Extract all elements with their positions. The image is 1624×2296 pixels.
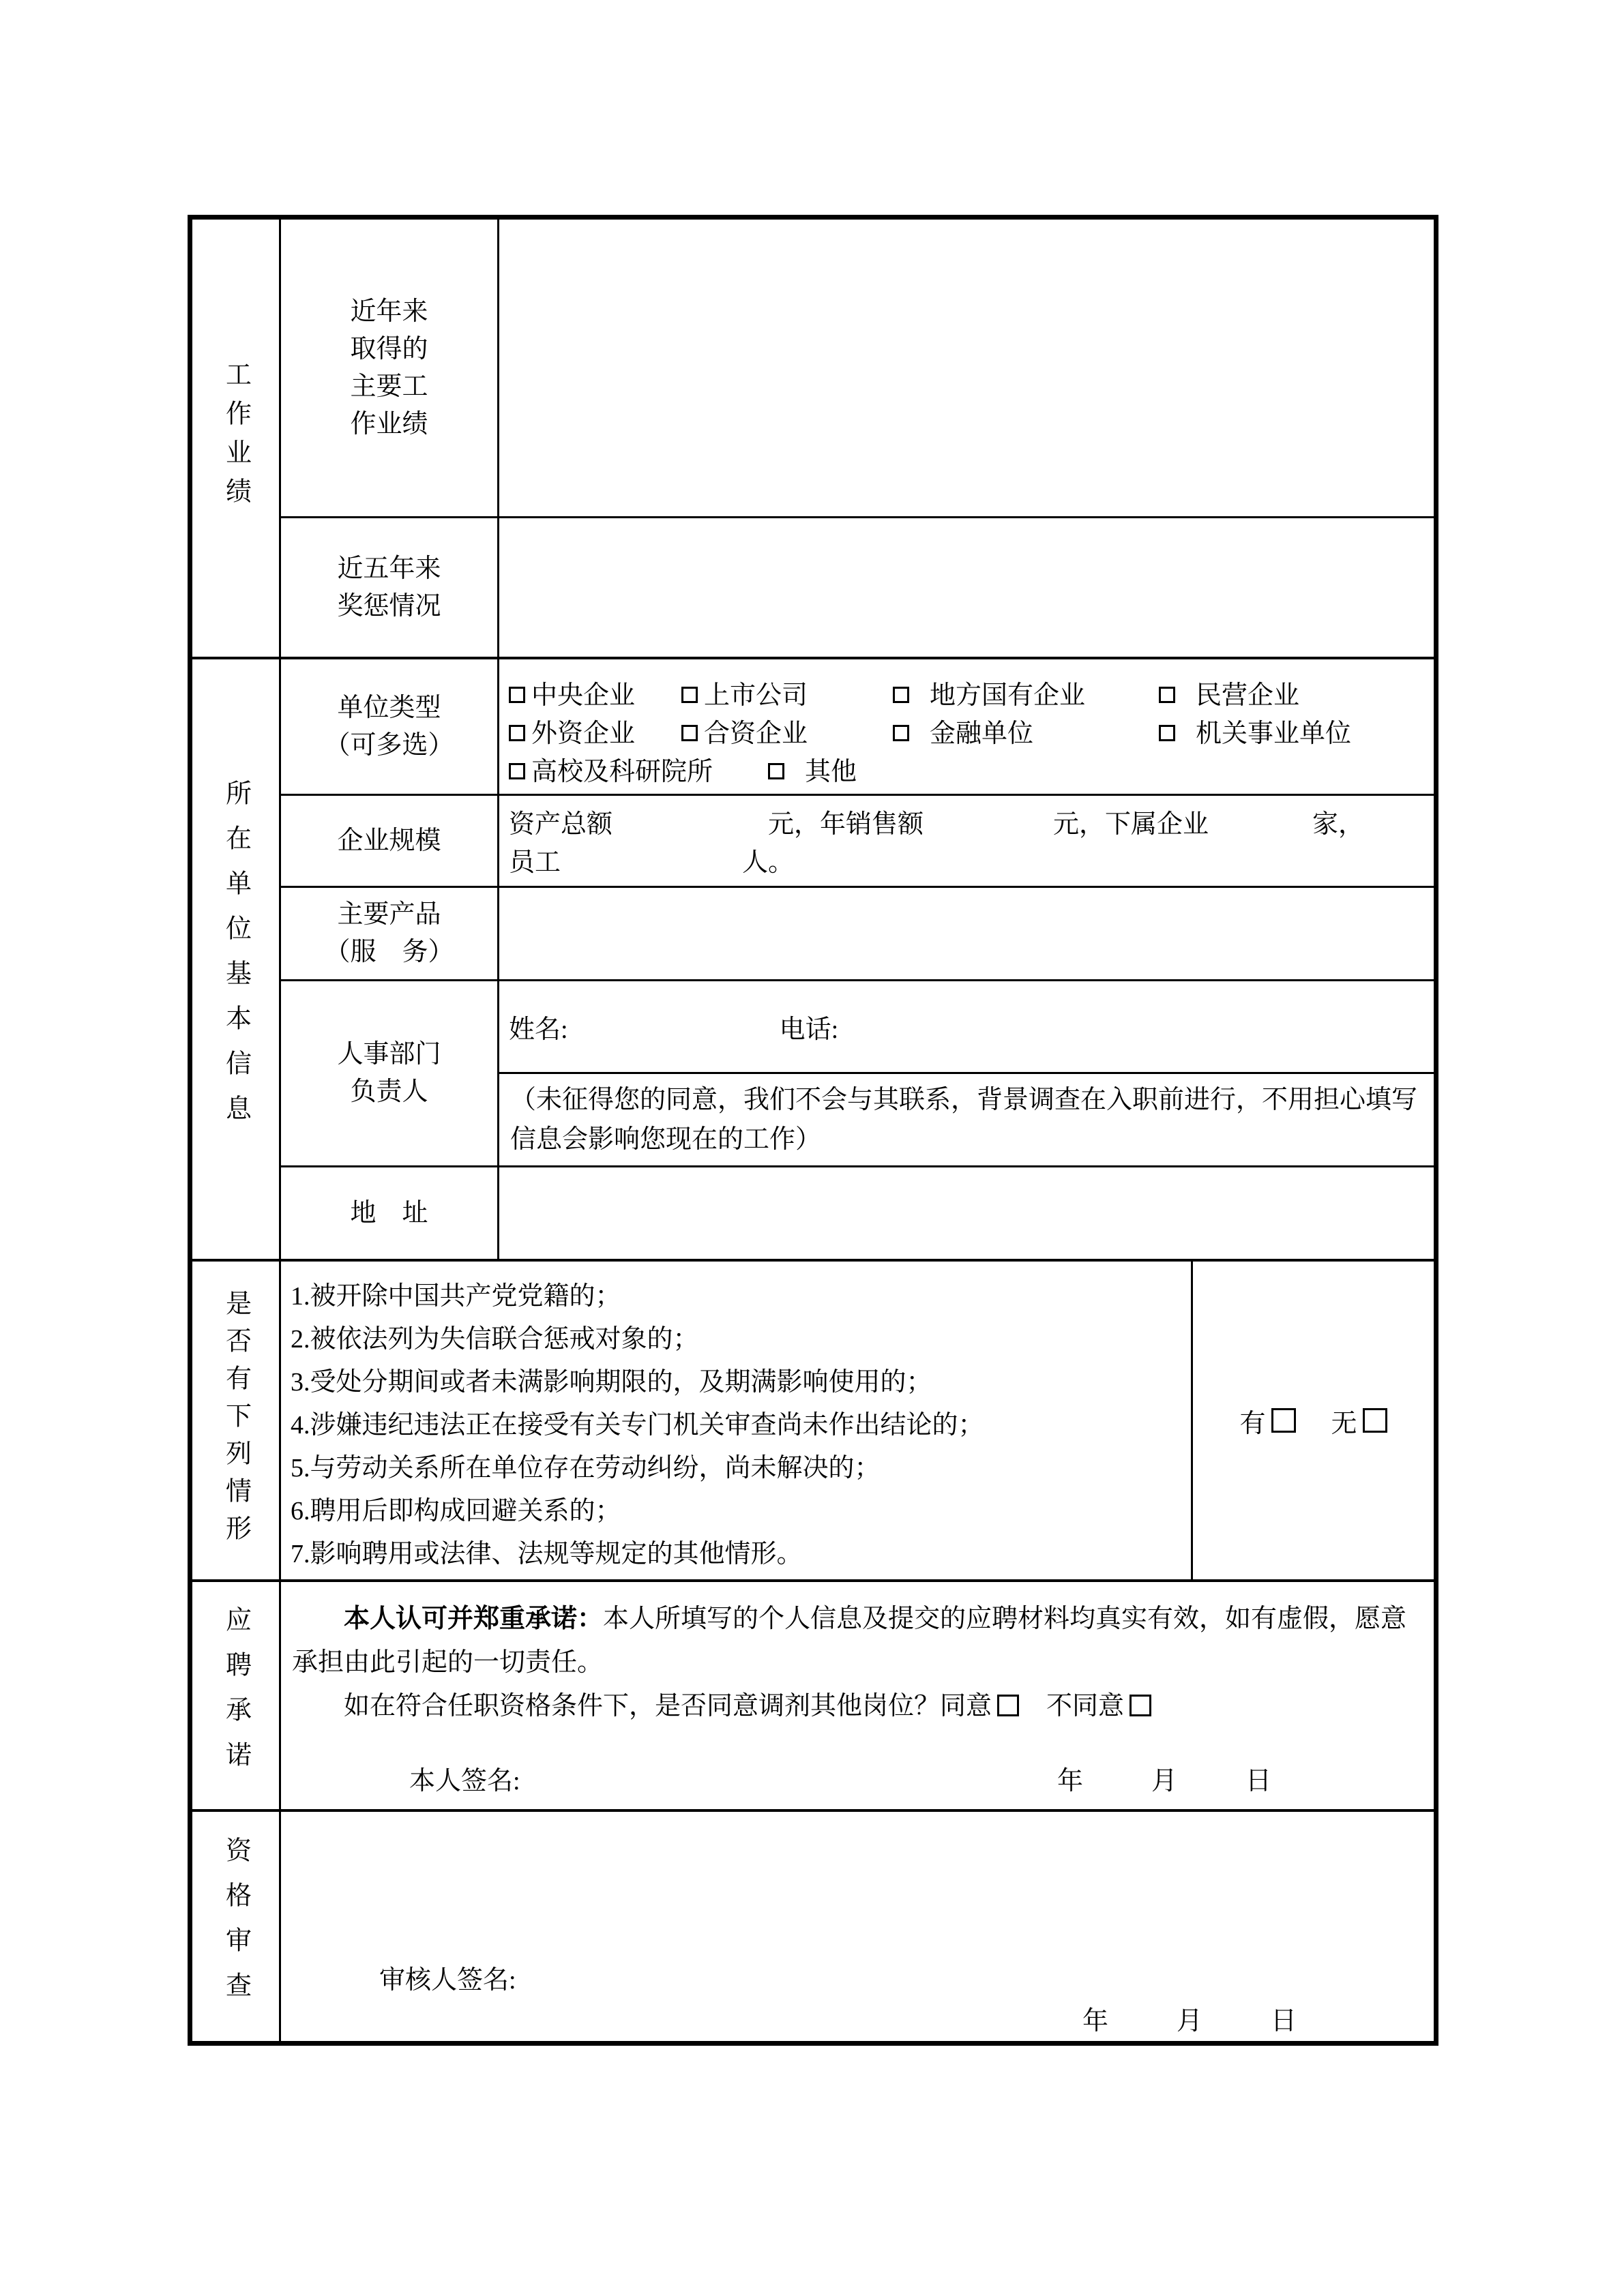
section-label-work-performance: 工作业绩 (192, 220, 281, 657)
unit-type-option-line: 高校及科研院所 其他 (509, 749, 1424, 788)
commitment-lead: 本人认可并郑重承诺： (344, 1605, 603, 1633)
yes-label: 有 (1239, 1402, 1265, 1440)
application-form-page: 工作业绩 近年来 取得的 主要工 作业绩 近五年来 奖惩情况 (0, 0, 1624, 2296)
qualification-review-cell[interactable]: 审核人签名: 年 月 日 (281, 1812, 1434, 2041)
adjustment-question-line: 如在符合任职资格条件下，是否同意调剂其他岗位？同意不同意 (292, 1684, 1420, 1728)
checkbox-joint-venture[interactable] (681, 725, 698, 741)
reviewer-signature-label: 审核人签名: (379, 1958, 516, 1996)
section-label-employer-info: 所在单位基本信息 (192, 659, 281, 1259)
option-label: 合资企业 (704, 719, 808, 748)
option-label: 民营企业 (1196, 681, 1299, 710)
commitment-cell: 本人认可并郑重承诺：本人所填写的个人信息及提交的应聘材料均真实有效，如有虚假，愿… (281, 1582, 1434, 1809)
hr-name-label: 姓名: (509, 1008, 568, 1045)
label-line: 负责人 (350, 1073, 428, 1111)
scale-line1: 资产总额 元，年销售额 元，下属企业 家， (509, 805, 1424, 844)
adjustment-question: 如在符合任职资格条件下，是否同意调剂其他岗位？ (344, 1692, 940, 1720)
unit-type-option: 高校及科研院所 (509, 750, 768, 788)
recent-rewards-input-area[interactable] (499, 518, 1434, 657)
applicant-signature-label: 本人签名: (409, 1759, 520, 1797)
label-line: 主要产品 (337, 896, 441, 934)
address-label: 地 址 (281, 1167, 499, 1259)
label-line: （可多选） (324, 727, 454, 764)
option-label: 地方国有企业 (930, 681, 1085, 710)
checkbox-listed-company[interactable] (681, 687, 698, 703)
qualification-review-label: 资格审查 (223, 1836, 249, 2016)
checkbox-public-institution[interactable] (1159, 725, 1175, 741)
label-line: 单位类型 (337, 689, 441, 727)
no-label: 无 (1331, 1402, 1357, 1440)
checkbox-other[interactable] (768, 763, 784, 779)
scale-line2: 员工 人。 (509, 844, 1424, 882)
unit-type-option-line: 外资企业 合资企业 金融单位 机关事业单位 (509, 711, 1424, 749)
label-line: 作业绩 (350, 406, 428, 443)
section-disqualifiers: 是否有下列情形 1.被开除中国共产党党籍的； 2.被依法列为失信联合惩戒对象的；… (192, 1262, 1434, 1582)
section-label-qualification-review: 资格审查 (192, 1812, 281, 2041)
checkbox-yes[interactable] (1271, 1408, 1296, 1433)
checkbox-no[interactable] (1363, 1408, 1387, 1433)
main-products-label: 主要产品 （服 务） (281, 888, 499, 979)
unit-type-option: 合资企业 (681, 712, 893, 749)
checkbox-foreign-enterprise[interactable] (509, 725, 525, 741)
recent-achievements-label: 近年来 取得的 主要工 作业绩 (281, 220, 499, 516)
agree-label: 同意 (940, 1692, 992, 1720)
recent-achievements-input-area[interactable] (499, 220, 1434, 516)
disqualifier-item: 3.受处分期间或者未满影响期限的，及期满影响使用的； (291, 1361, 1177, 1404)
employer-info-label: 所在单位基本信息 (223, 779, 249, 1139)
unit-type-options: 中央企业 上市公司 地方国有企业 民营企业 外资企业 合资企业 金融单位 机关事… (499, 659, 1434, 794)
unit-type-option: 民营企业 (1159, 674, 1299, 711)
unit-type-option: 机关事业单位 (1159, 712, 1351, 749)
commitment-statement: 本人认可并郑重承诺：本人所填写的个人信息及提交的应聘材料均真实有效，如有虚假，愿… (292, 1597, 1420, 1684)
option-label: 机关事业单位 (1196, 719, 1351, 748)
row-address: 地 址 (281, 1167, 1434, 1259)
row-main-products: 主要产品 （服 务） (281, 888, 1434, 981)
disqualifier-item: 7.影响聘用或法律、法规等规定的其他情形。 (291, 1533, 1177, 1576)
option-label: 金融单位 (930, 719, 1033, 748)
address-input-area[interactable] (499, 1167, 1434, 1259)
applicant-signature-date: 年 月 日 (1057, 1759, 1277, 1797)
main-products-input-area[interactable] (499, 888, 1434, 979)
option-label: 高校及科研院所 (531, 758, 713, 786)
row-unit-type: 单位类型 （可多选） 中央企业 上市公司 地方国有企业 民营企业 外资企业 合资… (281, 659, 1434, 796)
unit-type-option: 其他 (768, 750, 857, 788)
disqualifier-item: 6.聘用后即构成回避关系的； (291, 1490, 1177, 1533)
option-label: 外资企业 (531, 719, 635, 748)
unit-type-option: 外资企业 (509, 712, 681, 749)
checkbox-university-institute[interactable] (509, 763, 525, 779)
hr-manager-cell: 姓名: 电话: （未征得您的同意，我们不会与其联系，背景调查在入职前进行，不用担… (499, 981, 1434, 1165)
label-line: 奖惩情况 (337, 588, 441, 625)
checkbox-financial-unit[interactable] (893, 725, 909, 741)
label-line: 取得的 (350, 331, 428, 368)
option-label: 其他 (805, 758, 857, 786)
work-performance-label: 工作业绩 (223, 361, 249, 516)
unit-type-option-line: 中央企业 上市公司 地方国有企业 民营企业 (509, 673, 1424, 711)
label-line: 近年来 (350, 293, 428, 331)
hr-phone-label: 电话: (780, 1008, 839, 1045)
unit-type-option: 上市公司 (681, 674, 893, 711)
commitment-label: 应聘承诺 (223, 1606, 249, 1786)
section-work-performance: 工作业绩 近年来 取得的 主要工 作业绩 近五年来 奖惩情况 (192, 220, 1434, 659)
row-enterprise-scale: 企业规模 资产总额 元，年销售额 元，下属企业 家， 员工 人。 (281, 796, 1434, 888)
disqualifier-item: 2.被依法列为失信联合惩戒对象的； (291, 1318, 1177, 1361)
row-recent-achievements: 近年来 取得的 主要工 作业绩 (281, 220, 1434, 518)
disagree-label: 不同意 (1046, 1692, 1124, 1720)
recent-rewards-label: 近五年来 奖惩情况 (281, 518, 499, 657)
hr-name-phone-line: 姓名: 电话: (499, 981, 1434, 1074)
section-qualification-review: 资格审查 审核人签名: 年 月 日 (192, 1812, 1434, 2041)
disqualifiers-list: 1.被开除中国共产党党籍的； 2.被依法列为失信联合惩戒对象的； 3.受处分期间… (281, 1262, 1193, 1579)
label-line: 地 址 (350, 1195, 428, 1232)
reviewer-signature-date: 年 月 日 (1082, 1999, 1302, 2037)
hr-privacy-note-text: （未征得您的同意，我们不会与其联系，背景调查在入职前进行，不用担心填写信息会影响… (510, 1080, 1423, 1159)
label-line: 企业规模 (337, 822, 441, 860)
label-line: 近五年来 (337, 550, 441, 588)
enterprise-scale-input-area[interactable]: 资产总额 元，年销售额 元，下属企业 家， 员工 人。 (499, 796, 1434, 886)
label-line: 主要工 (350, 368, 428, 406)
checkbox-disagree[interactable] (1130, 1695, 1151, 1716)
option-label: 中央企业 (531, 681, 635, 710)
checkbox-central-enterprise[interactable] (509, 687, 525, 703)
row-hr-manager: 人事部门 负责人 姓名: 电话: （未征得您的同意，我们不会与其联系，背景调查在 (281, 981, 1434, 1167)
label-line: （服 务） (324, 934, 454, 971)
row-recent-rewards: 近五年来 奖惩情况 (281, 518, 1434, 657)
section-employer-info: 所在单位基本信息 单位类型 （可多选） 中央企业 上市公司 地方国有企业 民营企… (192, 659, 1434, 1262)
checkbox-local-soe[interactable] (893, 687, 909, 703)
enterprise-scale-label: 企业规模 (281, 796, 499, 886)
disqualifiers-answer-cell: 有 无 (1193, 1262, 1434, 1579)
checkbox-private-enterprise[interactable] (1159, 687, 1175, 703)
unit-type-option: 金融单位 (893, 712, 1159, 749)
application-form-table: 工作业绩 近年来 取得的 主要工 作业绩 近五年来 奖惩情况 (188, 215, 1438, 2046)
section-label-disqualifiers: 是否有下列情形 (192, 1262, 281, 1579)
disqualifier-item: 4.涉嫌违纪违法正在接受有关专门机关审查尚未作出结论的； (291, 1404, 1177, 1447)
applicant-signature-line: 本人签名: 年 月 日 (292, 1759, 1420, 1797)
label-line: 人事部门 (337, 1036, 441, 1073)
section-label-commitment: 应聘承诺 (192, 1582, 281, 1809)
option-label: 上市公司 (704, 681, 808, 710)
disqualifier-item: 5.与劳动关系所在单位存在劳动纠纷，尚未解决的； (291, 1447, 1177, 1490)
disqualifiers-label: 是否有下列情形 (223, 1289, 249, 1552)
hr-privacy-note: （未征得您的同意，我们不会与其联系，背景调查在入职前进行，不用担心填写信息会影响… (499, 1074, 1434, 1165)
checkbox-agree[interactable] (997, 1695, 1019, 1716)
unit-type-option: 地方国有企业 (893, 674, 1159, 711)
section-commitment: 应聘承诺 本人认可并郑重承诺：本人所填写的个人信息及提交的应聘材料均真实有效，如… (192, 1582, 1434, 1812)
hr-manager-label: 人事部门 负责人 (281, 981, 499, 1165)
disqualifier-item: 1.被开除中国共产党党籍的； (291, 1275, 1177, 1318)
unit-type-label: 单位类型 （可多选） (281, 659, 499, 794)
unit-type-option: 中央企业 (509, 674, 681, 711)
